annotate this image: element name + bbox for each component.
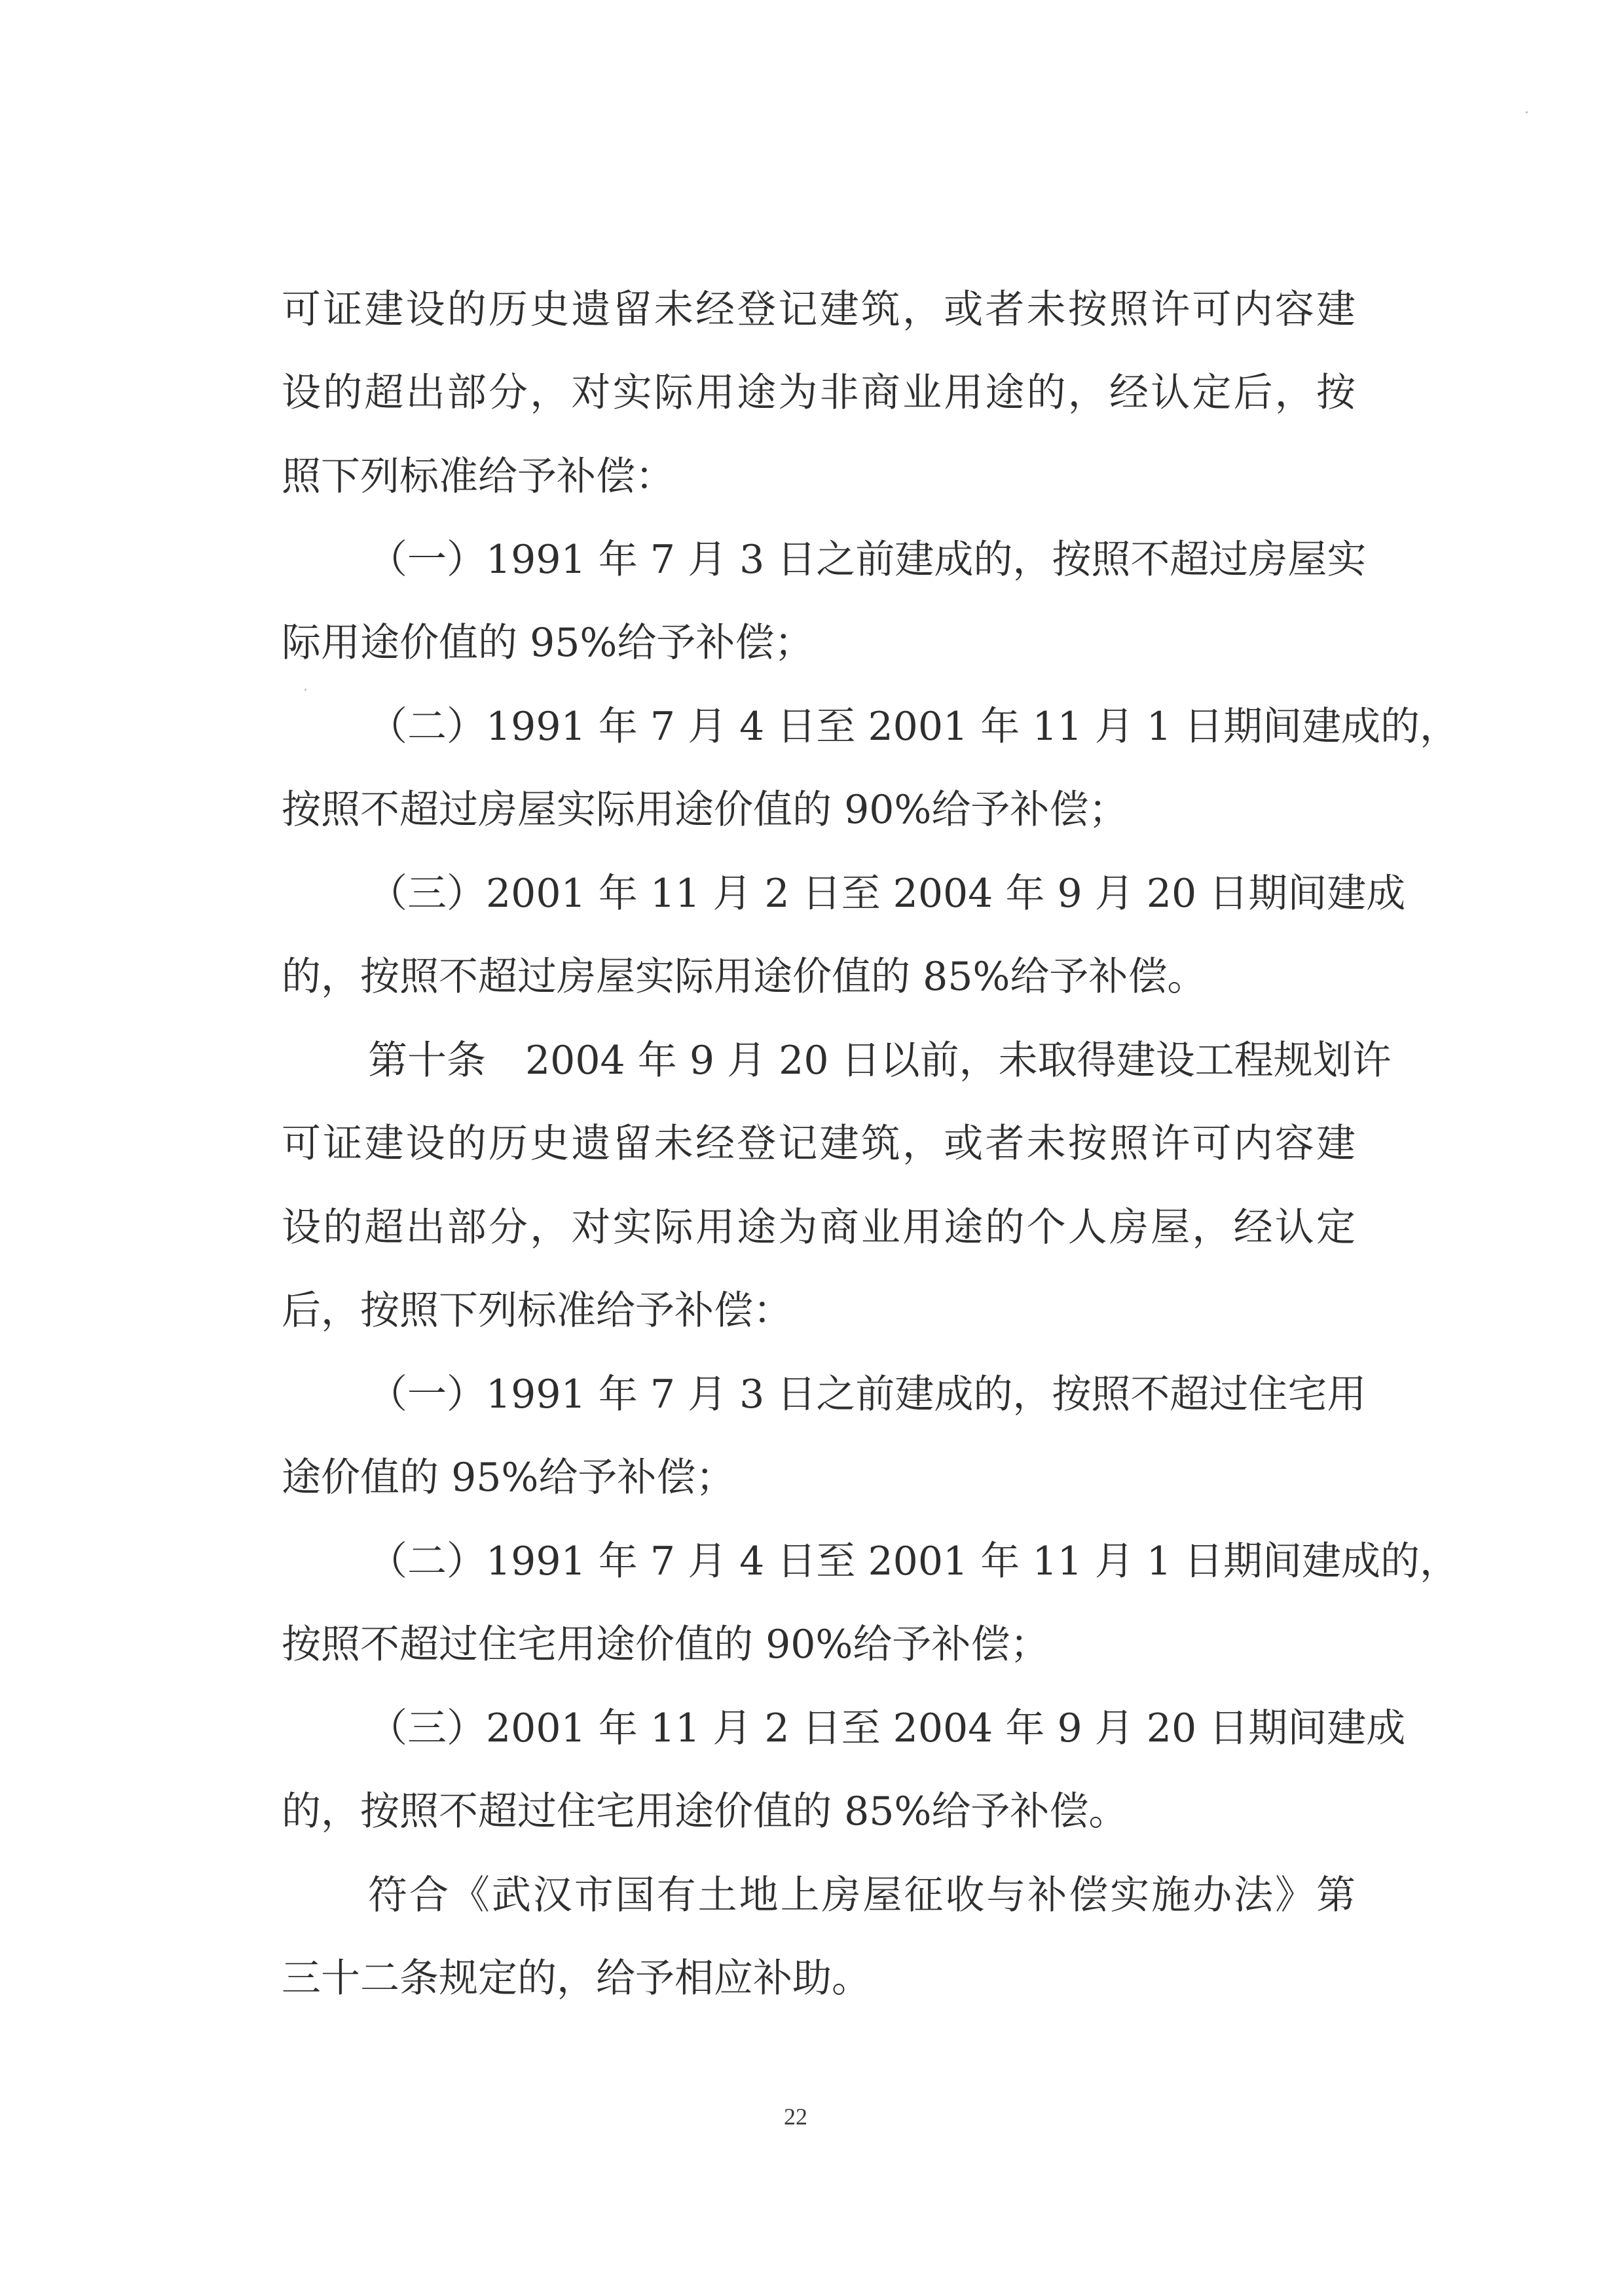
text-line-13: 后，按照下列标准给予补偿：	[282, 1285, 792, 1337]
text-line-1: 可证建设的历史遗留未经登记建筑，或者未按照许可内容建	[282, 283, 1356, 336]
text-line-9: 的，按照不超过房屋实际用途价值的 85%给予补偿。	[282, 951, 1206, 1003]
text-line-15: 途价值的 95%给予补偿；	[282, 1451, 735, 1504]
text-line-3: 照下列标准给予补偿：	[282, 450, 674, 503]
text-line-18-item-3: （三）2001 年 11 月 2 日至 2004 年 9 月 20 日期间建成	[368, 1702, 1356, 1755]
scan-speck	[304, 689, 306, 691]
text-line-20: 符合《武汉市国有土地上房屋征收与补偿实施办法》第	[368, 1869, 1356, 1922]
text-line-12: 设的超出部分，对实际用途为商业用途的个人房屋，经认定	[282, 1201, 1356, 1254]
text-line-21: 三十二条规定的，给予相应补助。	[282, 1952, 871, 2005]
text-line-10-article-10: 第十条 2004 年 9 月 20 日以前，未取得建设工程规划许	[368, 1034, 1356, 1087]
text-line-5: 际用途价值的 95%给予补偿；	[282, 617, 813, 669]
document-page: 可证建设的历史遗留未经登记建筑，或者未按照许可内容建 设的超出部分，对实际用途为…	[0, 0, 1624, 2296]
text-line-4-item-1: （一）1991 年 7 月 3 日之前建成的，按照不超过房屋实	[368, 534, 1356, 586]
scan-speck	[1526, 111, 1528, 113]
text-line-2: 设的超出部分，对实际用途为非商业用途的，经认定后，按	[282, 367, 1356, 419]
text-line-6-item-2: （二）1991 年 7 月 4 日至 2001 年 11 月 1 日期间建成的，	[368, 701, 1356, 753]
text-line-11: 可证建设的历史遗留未经登记建筑，或者未按照许可内容建	[282, 1118, 1356, 1170]
text-line-19: 的，按照不超过住宅用途价值的 85%给予补偿。	[282, 1785, 1128, 1838]
page-number: 22	[773, 2103, 819, 2130]
text-line-8-item-3: （三）2001 年 11 月 2 日至 2004 年 9 月 20 日期间建成	[368, 867, 1356, 920]
text-line-7: 按照不超过房屋实际用途价值的 90%给予补偿；	[282, 784, 1128, 836]
text-line-16-item-2: （二）1991 年 7 月 4 日至 2001 年 11 月 1 日期间建成的，	[368, 1535, 1356, 1588]
text-line-17: 按照不超过住宅用途价值的 90%给予补偿；	[282, 1618, 1049, 1671]
text-line-14-item-1: （一）1991 年 7 月 3 日之前建成的，按照不超过住宅用	[368, 1368, 1356, 1421]
